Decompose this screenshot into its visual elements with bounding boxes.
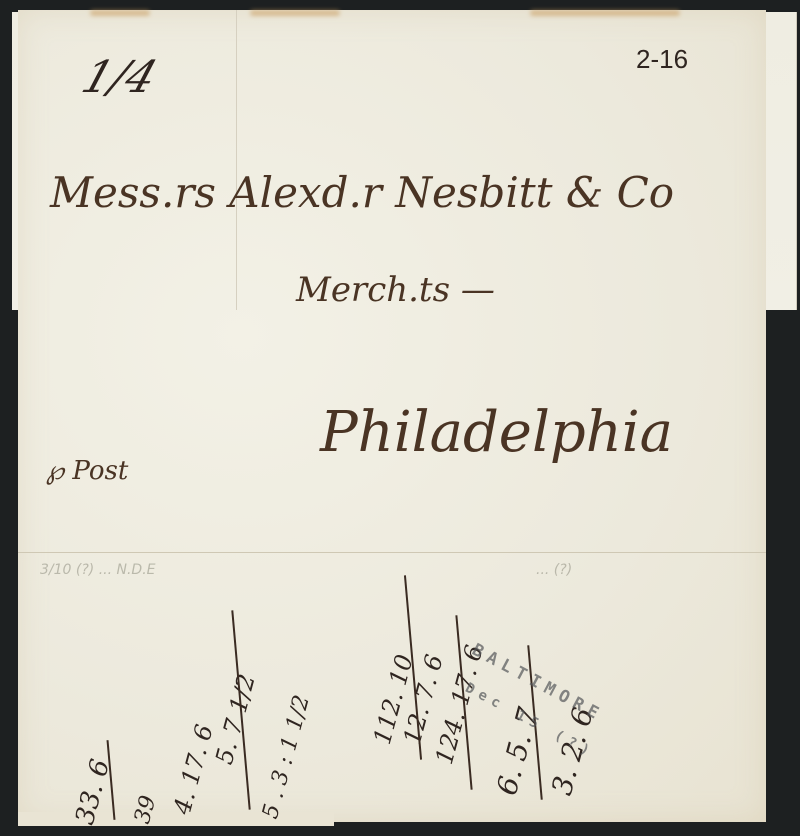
address-line-addressee: Mess.rs Alexd.r Nesbitt & Co: [50, 168, 674, 217]
horizontal-fold: [18, 552, 766, 553]
address-line-city: Philadelphia: [320, 400, 673, 465]
pencil-catalog-number: 2-16: [636, 44, 688, 75]
pencil-note-left: 3/10 (?) ... N.D.E: [40, 562, 156, 578]
top-edge-stain: [530, 10, 680, 16]
top-edge-stain: [250, 10, 340, 16]
vertical-fold: [236, 10, 237, 310]
top-edge-stain: [90, 10, 150, 16]
routing-by-post: ℘ Post: [46, 456, 128, 486]
letter-flap-bottom: [18, 812, 334, 826]
address-line-title: Merch.ts —: [296, 270, 495, 310]
pencil-note-right: ... (?): [536, 562, 572, 578]
